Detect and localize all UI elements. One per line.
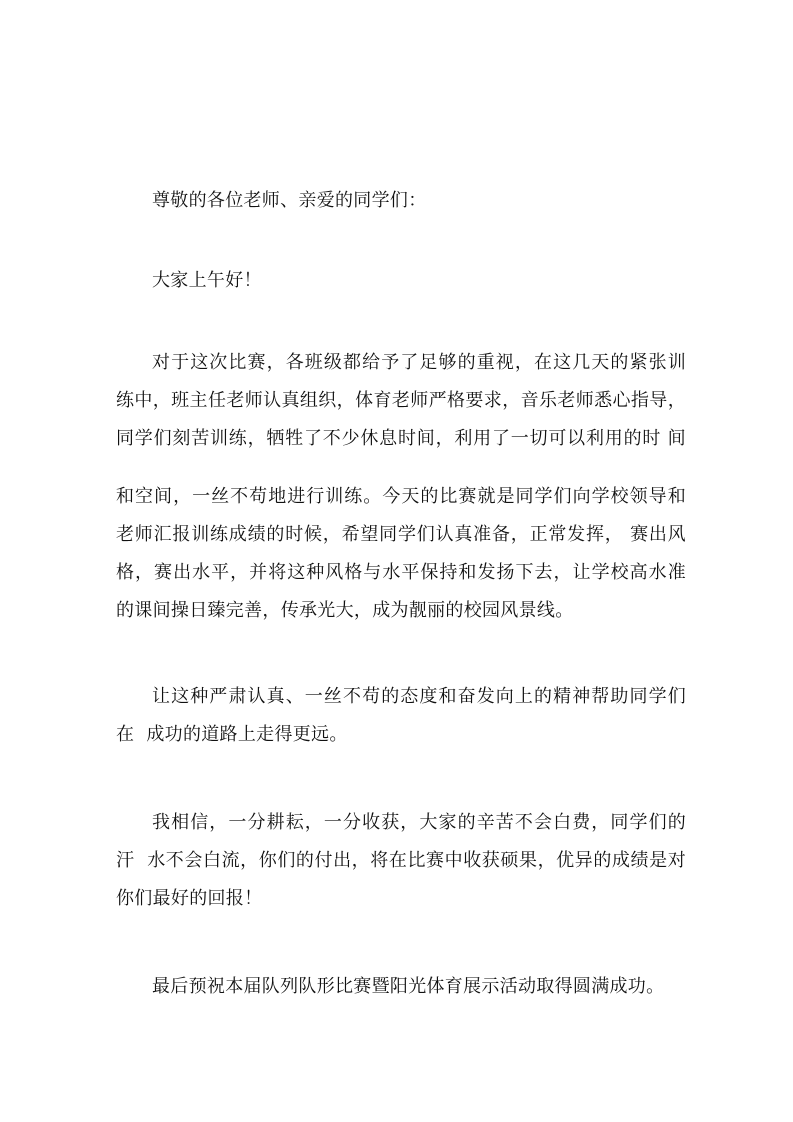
paragraph-line: 格，赛出水平，并将这种风格与水平保持和发扬下去，让学校高水准 <box>116 562 686 584</box>
salutation: 尊敬的各位老师、亲爱的同学们： <box>152 190 686 212</box>
paragraph-line: 同学们刻苦训练，牺牲了不少休息时间，利用了一切可以利用的时 间 <box>116 428 686 450</box>
paragraph-line: 和空间，一丝不苟地进行训练。今天的比赛就是同学们向学校领导和 <box>116 486 686 508</box>
paragraph-line: 的课间操日臻完善，传承光大，成为靓丽的校园风景线。 <box>116 600 686 622</box>
paragraph-line: 老师汇报训练成绩的时候，希望同学们认真准备，正常发挥， 赛出风 <box>116 524 686 546</box>
paragraph-line: 汗 水不会白流，你们的付出，将在比赛中收获硕果，优异的成绩是对 <box>116 850 686 872</box>
document-page: 尊敬的各位老师、亲爱的同学们： 大家上午好！ 对于这次比赛，各班级都给予了足够的… <box>0 0 793 1122</box>
paragraph-line: 在 成功的道路上走得更远。 <box>116 724 686 746</box>
greeting: 大家上午好！ <box>152 270 686 292</box>
paragraph-line: 最后预祝本届队列队形比赛暨阳光体育展示活动取得圆满成功。 <box>152 976 686 998</box>
paragraph-line: 练中，班主任老师认真组织，体育老师严格要求，音乐老师悉心指导， <box>116 390 686 412</box>
paragraph-line: 让这种严肃认真、一丝不苟的态度和奋发向上的精神帮助同学们 <box>152 686 686 708</box>
paragraph-line: 你们最好的回报！ <box>116 888 686 910</box>
paragraph-line: 我相信，一分耕耘，一分收获，大家的辛苦不会白费，同学们的 <box>152 812 686 834</box>
paragraph-line: 对于这次比赛，各班级都给予了足够的重视，在这几天的紧张训 <box>152 352 686 374</box>
